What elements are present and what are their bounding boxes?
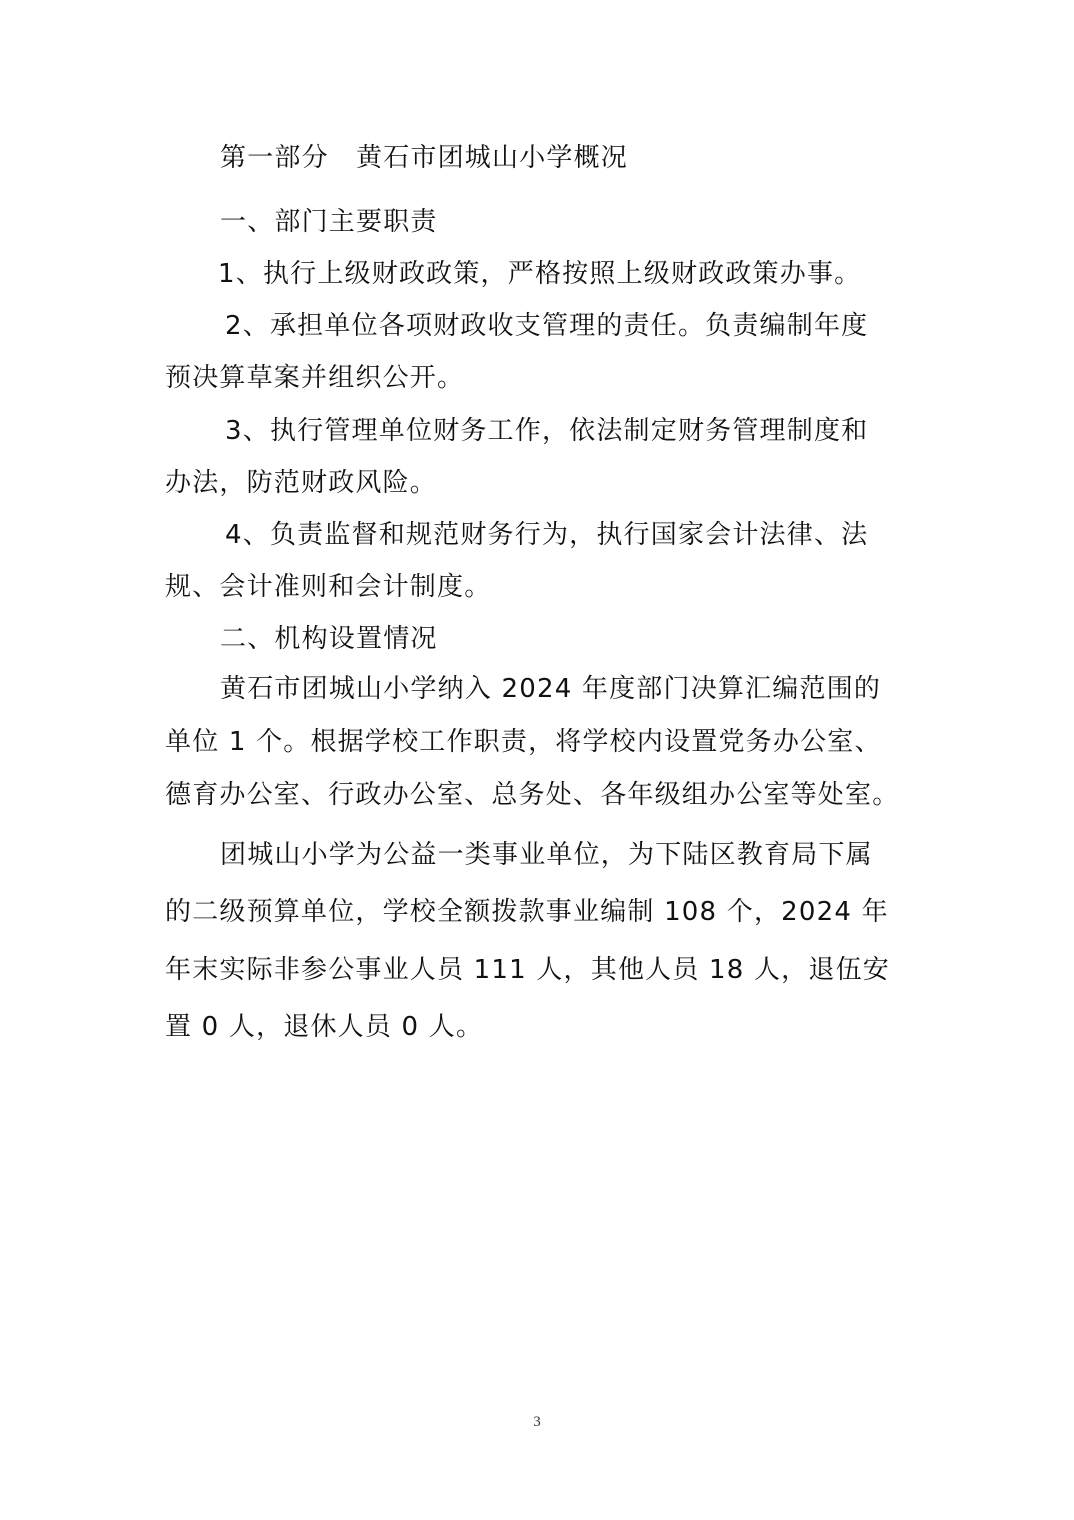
duty-item-4-cont: 规、会计准则和会计制度。 [165, 571, 915, 603]
duty-item-4: 4、负责监督和规范财务行为，执行国家会计法律、法 [225, 519, 920, 551]
structure-para-2-line-4: 置 0 人，退休人员 0 人。 [165, 1011, 915, 1043]
duty-item-1: 1、执行上级财政政策，严格按照上级财政政策办事。 [218, 258, 968, 290]
structure-para-2-line-2: 的二级预算单位，学校全额拨款事业编制 108 个，2024 年 [165, 896, 915, 928]
duty-item-2: 2、承担单位各项财政收支管理的责任。负责编制年度 [225, 310, 920, 342]
structure-para-1-line-2: 单位 1 个。根据学校工作职责，将学校内设置党务办公室、 [165, 726, 915, 758]
structure-para-2-line-3: 年末实际非参公事业人员 111 人，其他人员 18 人，退伍安 [165, 954, 915, 986]
duty-item-2-cont: 预决算草案并组织公开。 [165, 362, 915, 394]
section-heading-duties: 一、部门主要职责 [220, 206, 915, 238]
structure-para-1-line-3: 德育办公室、行政办公室、总务处、各年级组办公室等处室。 [165, 779, 915, 811]
page-number: 3 [0, 1414, 1074, 1431]
section-heading-structure: 二、机构设置情况 [220, 623, 915, 655]
structure-para-2-line-1: 团城山小学为公益一类事业单位，为下陆区教育局下属 [220, 839, 915, 871]
duty-item-3: 3、执行管理单位财务工作，依法制定财务管理制度和 [225, 415, 920, 447]
structure-para-1-line-1: 黄石市团城山小学纳入 2024 年度部门决算汇编范围的 [220, 673, 915, 705]
duty-item-3-cont: 办法，防范财政风险。 [165, 467, 915, 499]
part-title: 第一部分 黄石市团城山小学概况 [220, 142, 915, 174]
document-page: 第一部分 黄石市团城山小学概况 一、部门主要职责 1、执行上级财政政策，严格按照… [0, 0, 1074, 1520]
